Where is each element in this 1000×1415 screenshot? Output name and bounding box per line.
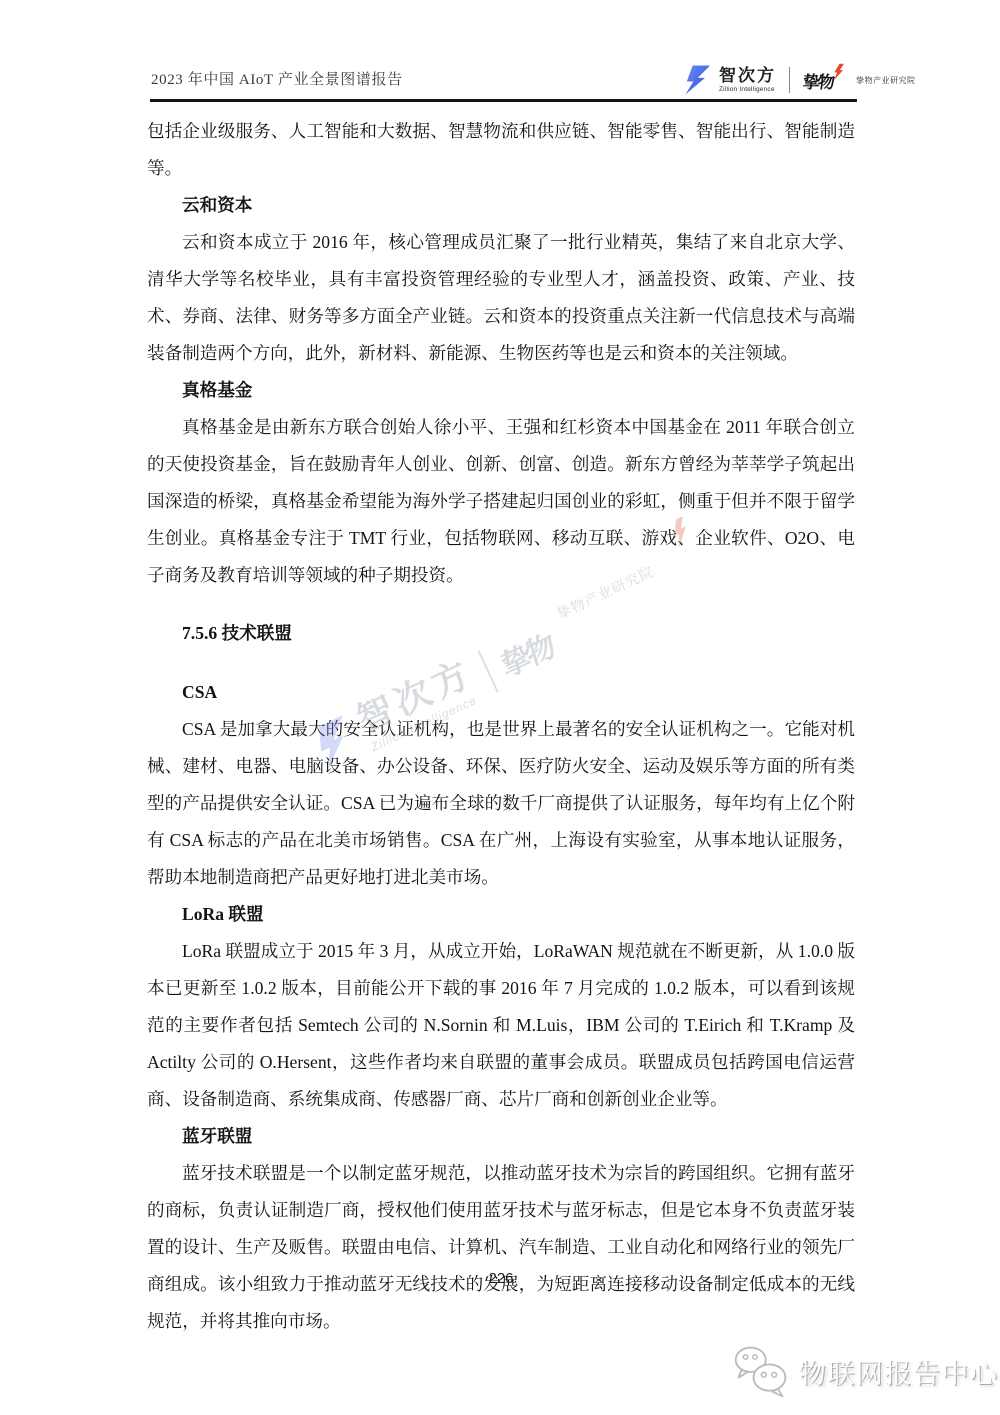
zhiwu-brand: 挚物 挚物产业研究院 [803,68,916,93]
zillion-brand-name: 智次方 [719,67,776,84]
subheading-zhenge-fund: 真格基金 [147,372,855,409]
page-number: 226 [147,1270,855,1287]
document-page: 2023 年中国 AIoT 产业全景图谱报告 智次方 Zillion Intel… [0,0,1000,1415]
zhiwu-brand-subtitle: 挚物产业研究院 [856,75,916,86]
zillion-brand-text: 智次方 Zillion Intelligence [719,67,776,94]
bottom-watermark-label: 物联网报告中心 [799,1352,999,1391]
subheading-yunhe-capital: 云和资本 [147,187,855,224]
paragraph: LoRa 联盟成立于 2015 年 3 月，从成立开始，LoRaWAN 规范就在… [147,933,855,1118]
subheading-csa: CSA [147,674,855,711]
header-logos: 智次方 Zillion Intelligence 挚物 挚物产业研究院 [682,62,916,98]
zhiwu-bolt-icon [833,63,844,81]
paragraph: 云和资本成立于 2016 年，核心管理成员汇聚了一批行业精英，集结了来自北京大学… [147,224,855,372]
logo-divider [789,67,790,93]
header-rule [150,99,857,102]
subheading-bluetooth-alliance: 蓝牙联盟 [147,1118,855,1155]
paragraph: 包括企业级服务、人工智能和大数据、智慧物流和供应链、智能零售、智能出行、智能制造… [147,113,855,187]
wechat-icon [731,1342,791,1400]
zillion-z-icon [682,64,712,96]
paragraph: 蓝牙技术联盟是一个以制定蓝牙规范，以推动蓝牙技术为宗旨的跨国组织。它拥有蓝牙的商… [147,1155,855,1340]
document-body: 包括企业级服务、人工智能和大数据、智慧物流和供应链、智能零售、智能出行、智能制造… [147,113,855,1340]
paragraph: CSA 是加拿大最大的安全认证机构，也是世界上最著名的安全认证机构之一。它能对机… [147,711,855,896]
section-heading-7-5-6: 7.5.6 技术联盟 [147,615,855,652]
bottom-watermark: 物联网报告中心 [731,1342,999,1400]
zillion-brand-subtitle: Zillion Intelligence [719,87,776,94]
paragraph: 真格基金是由新东方联合创始人徐小平、王强和红杉资本中国基金在 2011 年联合创… [147,409,855,594]
report-title: 2023 年中国 AIoT 产业全景图谱报告 [151,68,403,89]
subheading-lora-alliance: LoRa 联盟 [147,896,855,933]
